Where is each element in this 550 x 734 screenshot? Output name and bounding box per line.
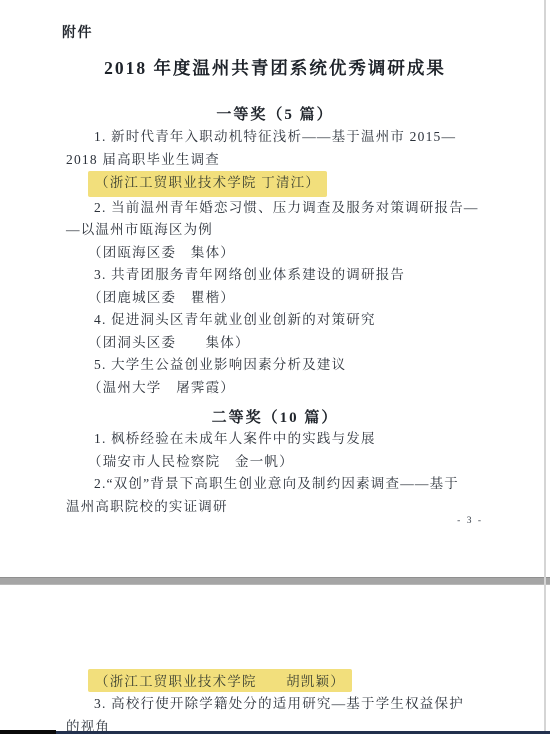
bottom-edge-line [56,731,550,734]
highlight-credit: （浙江工贸职业技术学院 胡凯颖） [64,669,352,692]
section-heading-first-prize: 一等奖（5 篇） [0,103,550,124]
page-separator [0,577,550,585]
list-item: 3. 共青团服务青年网络创业体系建设的调研报告 [64,264,488,287]
list-item: 2. 当前温州青年婚恋习惯、压力调查及服务对策调研报告— [64,197,488,220]
credit-line: （团瓯海区委 集体） [64,242,488,265]
attachment-label: 附件 [62,22,93,42]
second-prize-list: 1. 枫桥经验在未成年人案件中的实践与发展 （瑞安市人民检察院 金一帆） 2.“… [64,428,488,518]
credit-line: （温州大学 屠霁霞） [64,377,488,400]
list-item: 5. 大学生公益创业影响因素分析及建议 [64,354,488,377]
list-item: 2.“双创”背景下高职生创业意向及制约因素调查——基于 [64,473,488,496]
list-item: 1. 枫桥经验在未成年人案件中的实践与发展 [64,428,488,451]
document-title: 2018 年度温州共青团系统优秀调研成果 [0,55,550,80]
list-item: 1. 新时代青年入职动机特征浅析——基于温州市 2015— [64,126,488,149]
list-item: 温州高职院校的实证调研 [64,496,488,519]
bottom-edge-bar [0,730,56,734]
highlight-marker: （浙江工贸职业技术学院 丁清江） [88,171,327,197]
first-prize-list: 1. 新时代青年入职动机特征浅析——基于温州市 2015— 2018 届高职毕业… [64,126,488,399]
highlight-marker: （浙江工贸职业技术学院 胡凯颖） [88,669,352,692]
next-page-list: 3. 高校行使开除学籍处分的适用研究—基于学生权益保护 的视角 [64,693,488,734]
credit-line: （团鹿城区委 瞿楷） [64,287,488,310]
document-page-2: （浙江工贸职业技术学院 胡凯颖） 3. 高校行使开除学籍处分的适用研究—基于学生… [0,585,550,734]
list-item: 3. 高校行使开除学籍处分的适用研究—基于学生权益保护 [64,693,488,716]
list-item: 4. 促进洞头区青年就业创业创新的对策研究 [64,309,488,332]
credit-line: （瑞安市人民检察院 金一帆） [64,451,488,474]
list-item: 2018 届高职毕业生调查 [64,149,488,172]
highlight-credit: （浙江工贸职业技术学院 丁清江） [64,171,488,197]
credit-line: （团洞头区委 集体） [64,332,488,355]
list-item: —以温州市瓯海区为例 [64,219,488,242]
page-edge-line [544,0,546,734]
document-page-1: 附件 2018 年度温州共青团系统优秀调研成果 一等奖（5 篇） 1. 新时代青… [0,0,550,577]
section-heading-second-prize: 二等奖（10 篇） [0,406,550,427]
screenshot-root: 附件 2018 年度温州共青团系统优秀调研成果 一等奖（5 篇） 1. 新时代青… [0,0,550,734]
page-number: - 3 - [457,516,483,526]
